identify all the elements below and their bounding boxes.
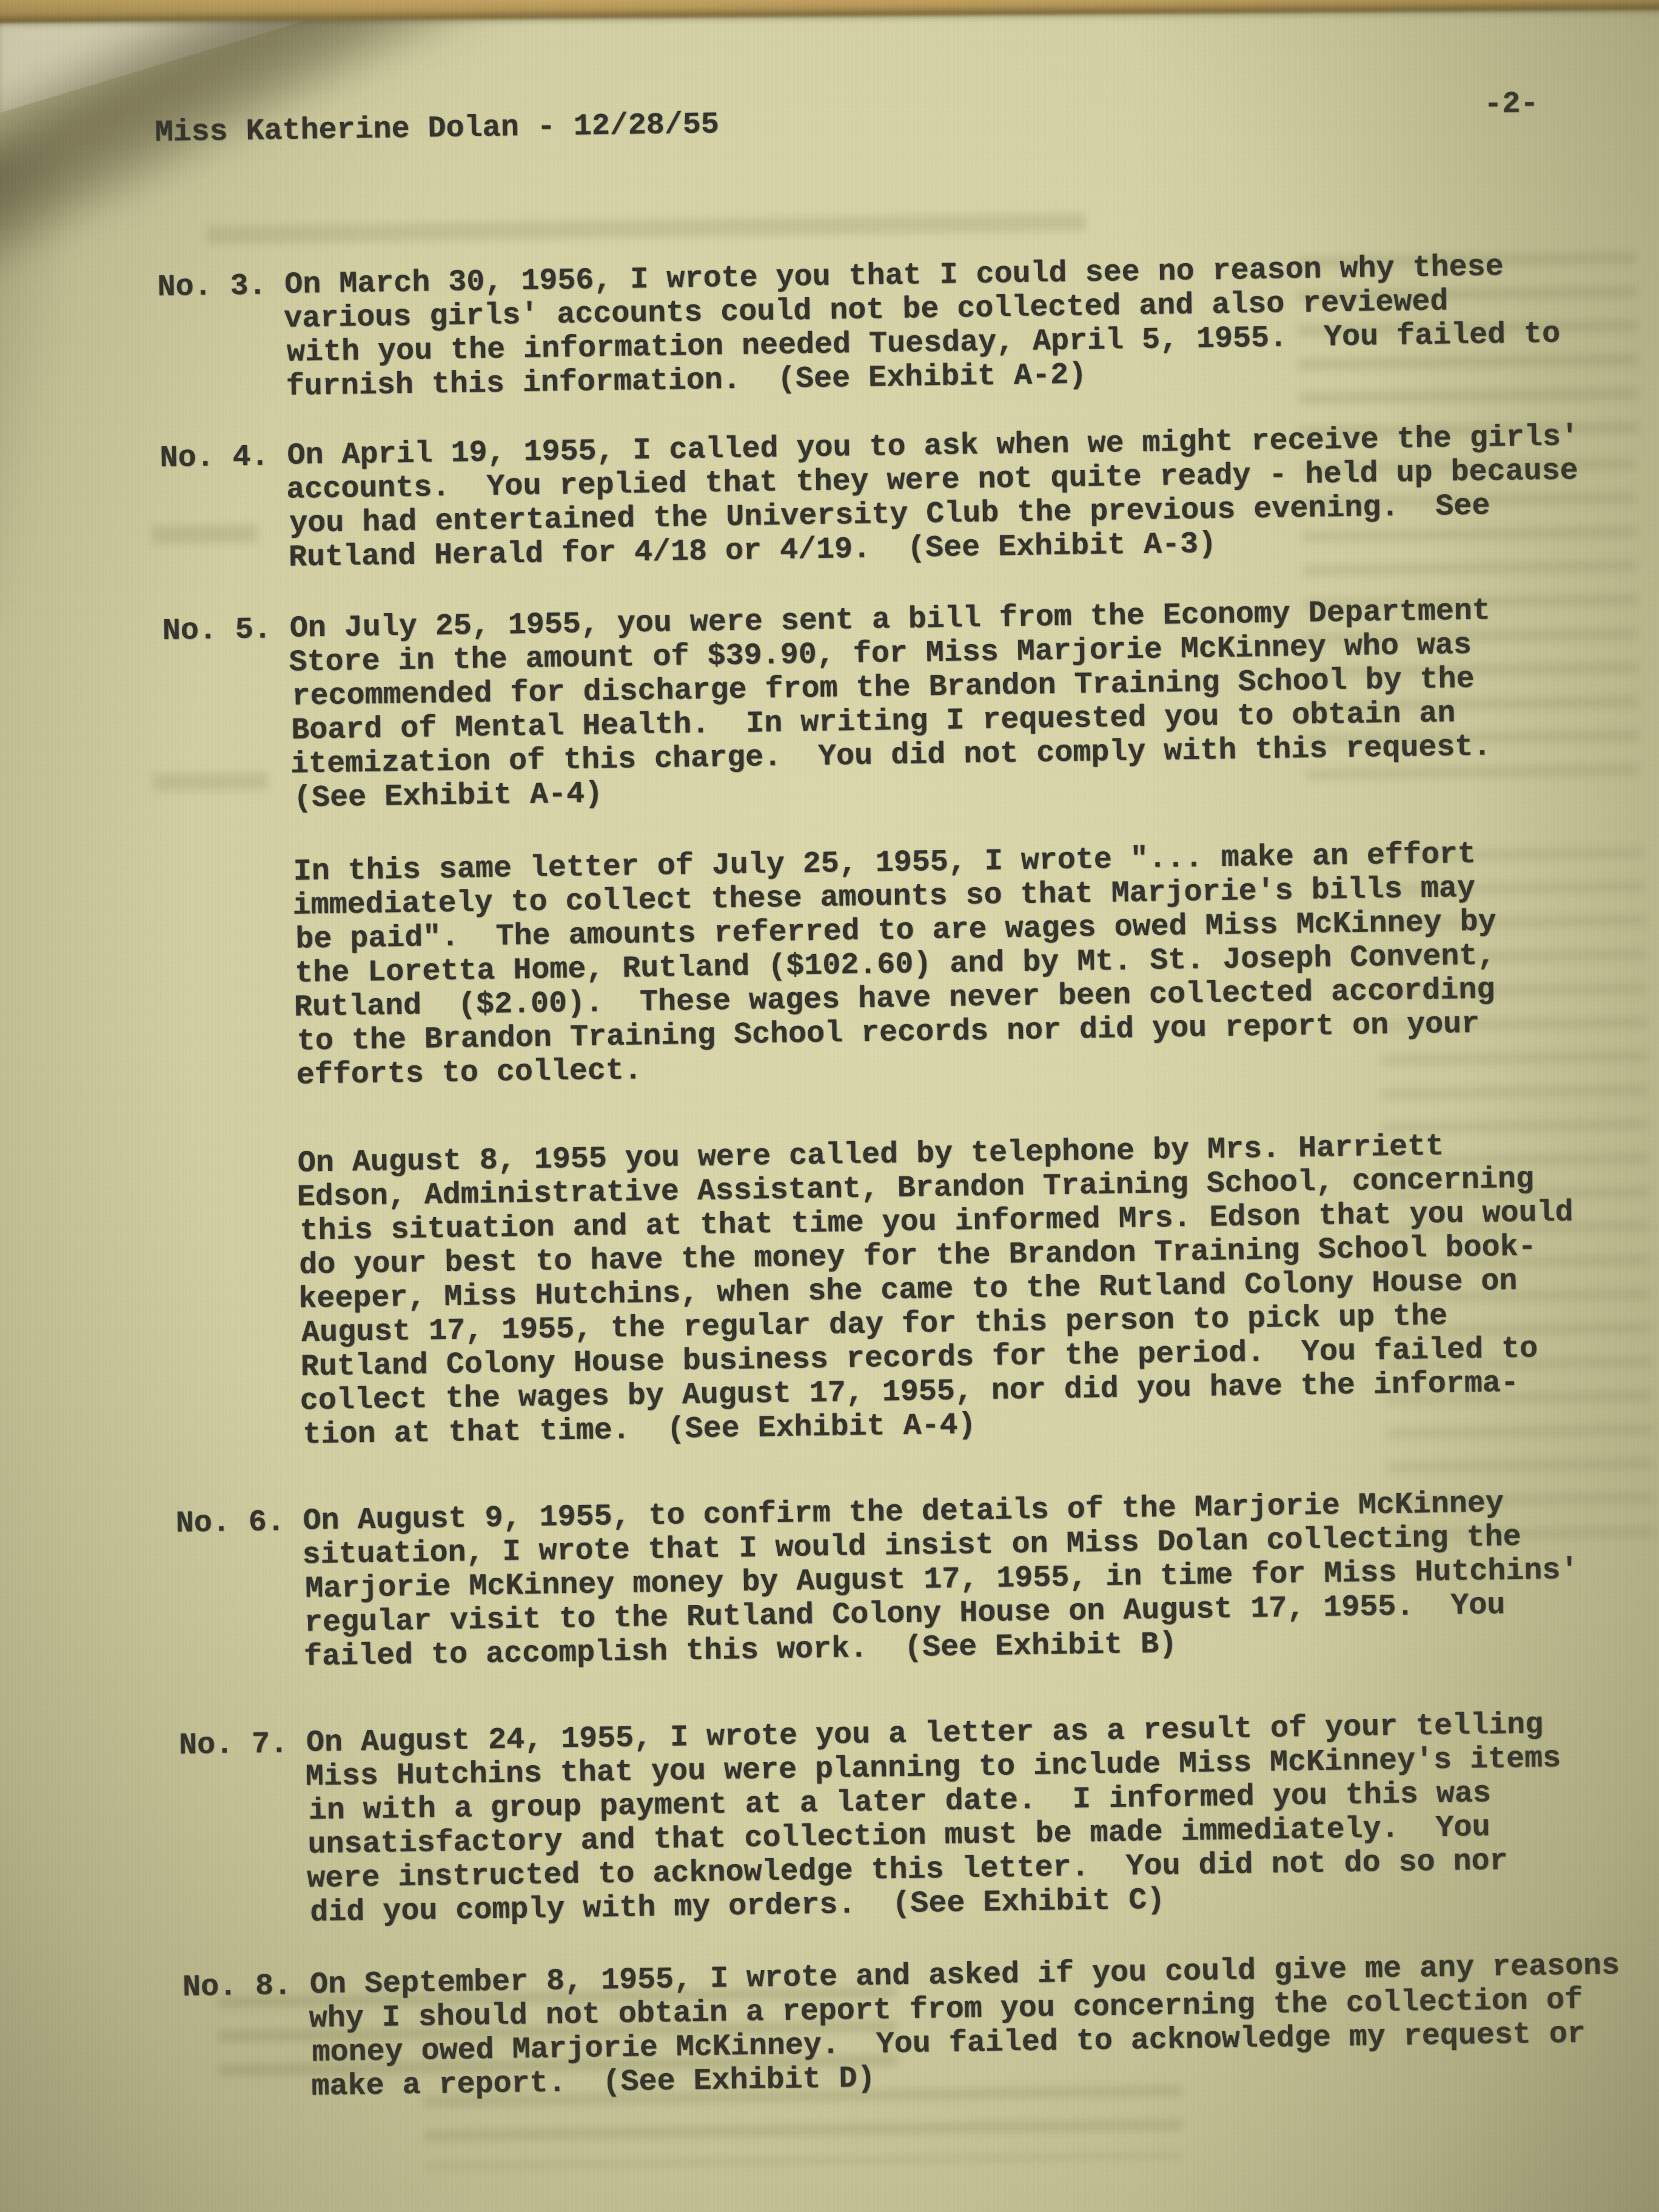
- paragraph-lines: In this same letter of July 25, 1955, I …: [293, 837, 1497, 1093]
- doc-paragraph: No. 8.On September 8, 1955, I wrote and …: [183, 1949, 1621, 2106]
- left-edge-shadow: [0, 158, 61, 618]
- paragraph-lines: On August 8, 1955 you were called by tel…: [297, 1128, 1575, 1453]
- doc-paragraph: In this same letter of July 25, 1955, I …: [166, 837, 1497, 1094]
- doc-paragraph: On August 8, 1955 you were called by tel…: [170, 1128, 1576, 1455]
- paragraph-number-label: No. 3.: [157, 269, 267, 305]
- photographed-document: Miss Katherine Dolan - 12/28/55 -2- No. …: [0, 0, 1659, 2212]
- paragraph-lines: On April 19, 1955, I called you to ask w…: [287, 420, 1580, 575]
- paragraph-lines: On September 8, 1955, I wrote and asked …: [310, 1949, 1621, 2104]
- paragraph-number-label: No. 6.: [175, 1505, 285, 1541]
- paragraph-number-label: No. 8.: [183, 1969, 292, 2005]
- paragraph-lines: On July 25, 1955, you were sent a bill f…: [289, 594, 1493, 816]
- doc-paragraph: No. 3.On March 30, 1956, I wrote you tha…: [157, 250, 1560, 406]
- paragraph-lines: On March 30, 1956, I wrote you that I co…: [284, 250, 1560, 404]
- paragraph-number-label: No. 4.: [159, 440, 269, 476]
- doc-paragraph: No. 7.On August 24, 1955, I wrote you a …: [179, 1708, 1564, 1932]
- document-page: Miss Katherine Dolan - 12/28/55 -2- No. …: [155, 84, 1653, 2204]
- doc-paragraph: No. 6.On August 9, 1955, to confirm the …: [175, 1486, 1578, 1676]
- paragraph-number-label: No. 7.: [179, 1727, 289, 1763]
- doc-paragraph: No. 4.On April 19, 1955, I called you to…: [159, 420, 1580, 577]
- paragraph-lines: On August 24, 1955, I wrote you a letter…: [306, 1708, 1564, 1931]
- page-number: -2-: [1484, 87, 1539, 122]
- doc-paragraph: No. 5.On July 25, 1955, you were sent a …: [162, 594, 1493, 817]
- paragraph-lines: On August 9, 1955, to confirm the detail…: [303, 1486, 1578, 1674]
- document-header: Miss Katherine Dolan - 12/28/55: [155, 107, 719, 150]
- paragraph-number-label: No. 5.: [162, 612, 272, 649]
